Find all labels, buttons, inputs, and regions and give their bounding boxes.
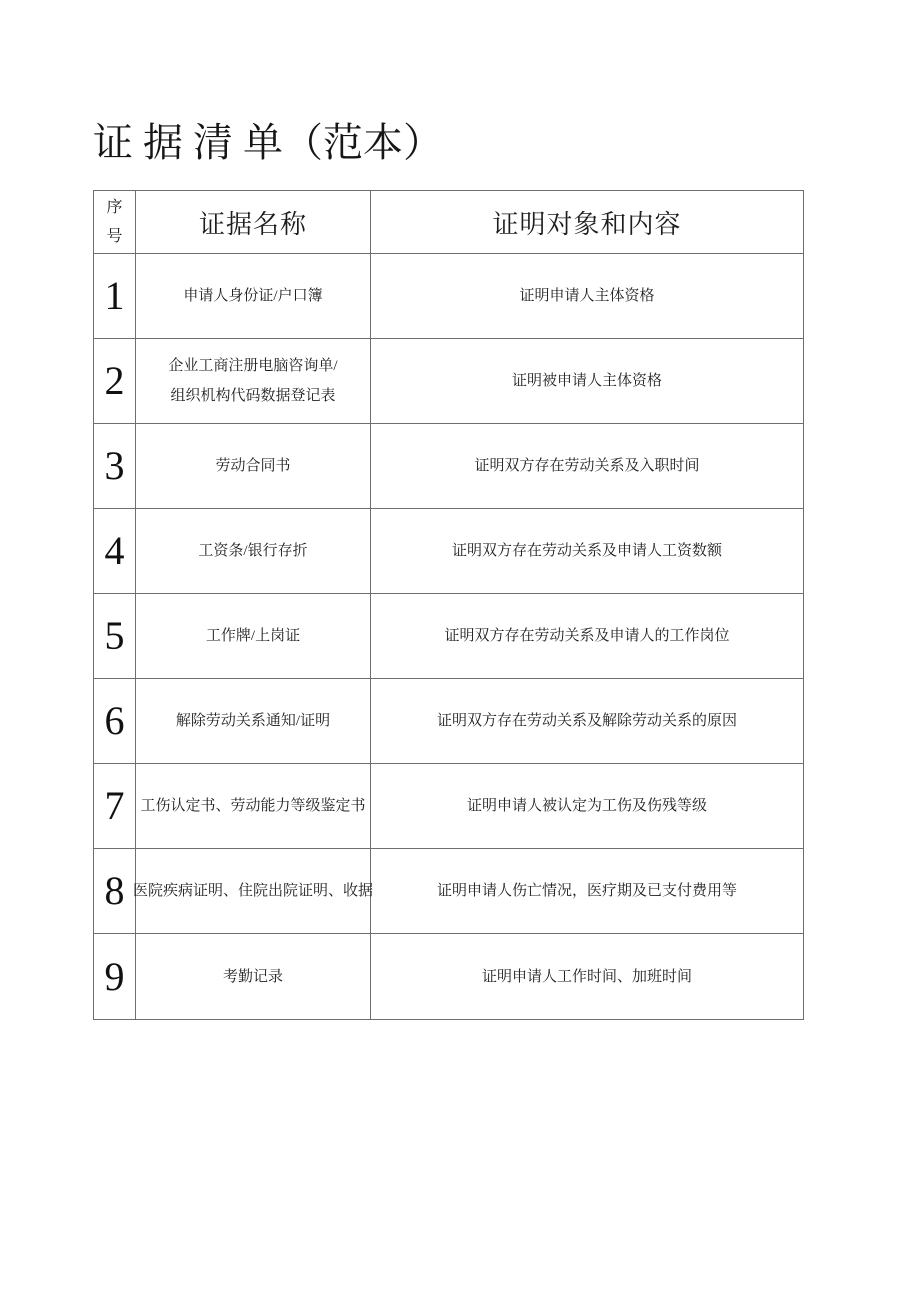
proof-content: 证明双方存在劳动关系及申请人工资数额 xyxy=(452,536,722,566)
cell-evidence-name: 企业工商注册电脑咨询单/ 组织机构代码数据登记表 xyxy=(136,339,371,423)
document-page: 证 据 清 单（范本） 序 号 证据名称 证明对象和内容 1 申请人身份证/户口… xyxy=(0,0,920,1303)
cell-proof-content: 证明双方存在劳动关系及申请人的工作岗位 xyxy=(371,594,803,678)
cell-row-number: 9 xyxy=(94,934,136,1019)
header-cell-proof-content: 证明对象和内容 xyxy=(371,191,803,253)
proof-content: 证明被申请人主体资格 xyxy=(512,366,662,396)
table-row: 3 劳动合同书 证明双方存在劳动关系及入职时间 xyxy=(94,424,803,509)
table-row: 4 工资条/银行存折 证明双方存在劳动关系及申请人工资数额 xyxy=(94,509,803,594)
evidence-name: 工资条/银行存折 xyxy=(198,536,307,566)
cell-proof-content: 证明申请人工作时间、加班时间 xyxy=(371,934,803,1019)
evidence-name: 考勤记录 xyxy=(223,962,283,992)
table-row: 2 企业工商注册电脑咨询单/ 组织机构代码数据登记表 证明被申请人主体资格 xyxy=(94,339,803,424)
page-title: 证 据 清 单（范本） xyxy=(93,121,443,165)
evidence-name: 解除劳动关系通知/证明 xyxy=(176,706,330,736)
cell-evidence-name: 劳动合同书 xyxy=(136,424,371,508)
proof-content: 证明双方存在劳动关系及解除劳动关系的原因 xyxy=(437,706,737,736)
evidence-name: 工作牌/上岗证 xyxy=(206,621,300,651)
evidence-name: 医院疾病证明、住院出院证明、收据 xyxy=(133,876,373,906)
cell-proof-content: 证明双方存在劳动关系及解除劳动关系的原因 xyxy=(371,679,803,763)
evidence-name: 申请人身份证/户口簿 xyxy=(183,281,322,311)
cell-evidence-name: 工伤认定书、劳动能力等级鉴定书 xyxy=(136,764,371,848)
row-number: 9 xyxy=(105,957,125,997)
cell-proof-content: 证明申请人被认定为工伤及伤残等级 xyxy=(371,764,803,848)
cell-row-number: 7 xyxy=(94,764,136,848)
header-cell-index: 序 号 xyxy=(94,191,136,253)
cell-row-number: 4 xyxy=(94,509,136,593)
cell-proof-content: 证明申请人伤亡情况，医疗期及已支付费用等 xyxy=(371,849,803,933)
evidence-name: 企业工商注册电脑咨询单/ 组织机构代码数据登记表 xyxy=(168,351,337,411)
proof-content: 证明申请人伤亡情况，医疗期及已支付费用等 xyxy=(437,876,737,906)
cell-evidence-name: 工资条/银行存折 xyxy=(136,509,371,593)
row-number: 1 xyxy=(105,276,125,316)
cell-proof-content: 证明被申请人主体资格 xyxy=(371,339,803,423)
cell-row-number: 5 xyxy=(94,594,136,678)
table-row: 7 工伤认定书、劳动能力等级鉴定书 证明申请人被认定为工伤及伤残等级 xyxy=(94,764,803,849)
cell-proof-content: 证明双方存在劳动关系及入职时间 xyxy=(371,424,803,508)
evidence-name-line2: 组织机构代码数据登记表 xyxy=(168,381,337,411)
cell-proof-content: 证明申请人主体资格 xyxy=(371,254,803,338)
row-number: 6 xyxy=(105,701,125,741)
proof-content: 证明申请人被认定为工伤及伤残等级 xyxy=(467,791,707,821)
table-header-row: 序 号 证据名称 证明对象和内容 xyxy=(94,191,803,254)
cell-row-number: 1 xyxy=(94,254,136,338)
table-row: 9 考勤记录 证明申请人工作时间、加班时间 xyxy=(94,934,803,1019)
proof-content: 证明双方存在劳动关系及入职时间 xyxy=(474,451,699,481)
cell-evidence-name: 工作牌/上岗证 xyxy=(136,594,371,678)
row-number: 2 xyxy=(105,361,125,401)
table-row: 6 解除劳动关系通知/证明 证明双方存在劳动关系及解除劳动关系的原因 xyxy=(94,679,803,764)
cell-evidence-name: 医院疾病证明、住院出院证明、收据 xyxy=(136,849,371,933)
row-number: 4 xyxy=(105,531,125,571)
cell-row-number: 8 xyxy=(94,849,136,933)
evidence-name-line1: 企业工商注册电脑咨询单/ xyxy=(168,351,337,381)
cell-row-number: 3 xyxy=(94,424,136,508)
cell-proof-content: 证明双方存在劳动关系及申请人工资数额 xyxy=(371,509,803,593)
cell-row-number: 2 xyxy=(94,339,136,423)
header-evidence-name-label: 证据名称 xyxy=(199,204,307,241)
proof-content: 证明申请人主体资格 xyxy=(519,281,654,311)
cell-row-number: 6 xyxy=(94,679,136,763)
evidence-table: 序 号 证据名称 证明对象和内容 1 申请人身份证/户口簿 证明申请人主体资格 xyxy=(93,190,804,1020)
cell-evidence-name: 解除劳动关系通知/证明 xyxy=(136,679,371,763)
header-index-line2: 号 xyxy=(106,229,122,245)
header-index-line1: 序 xyxy=(106,200,122,216)
row-number: 7 xyxy=(105,786,125,826)
table-row: 5 工作牌/上岗证 证明双方存在劳动关系及申请人的工作岗位 xyxy=(94,594,803,679)
header-cell-evidence-name: 证据名称 xyxy=(136,191,371,253)
header-proof-content-label: 证明对象和内容 xyxy=(492,204,681,241)
row-number: 5 xyxy=(105,616,125,656)
proof-content: 证明双方存在劳动关系及申请人的工作岗位 xyxy=(444,621,729,651)
row-number: 3 xyxy=(105,446,125,486)
row-number: 8 xyxy=(105,871,125,911)
cell-evidence-name: 考勤记录 xyxy=(136,934,371,1019)
table-row: 8 医院疾病证明、住院出院证明、收据 证明申请人伤亡情况，医疗期及已支付费用等 xyxy=(94,849,803,934)
cell-evidence-name: 申请人身份证/户口簿 xyxy=(136,254,371,338)
proof-content: 证明申请人工作时间、加班时间 xyxy=(482,962,692,992)
table-row: 1 申请人身份证/户口簿 证明申请人主体资格 xyxy=(94,254,803,339)
evidence-name: 劳动合同书 xyxy=(215,451,290,481)
evidence-name: 工伤认定书、劳动能力等级鉴定书 xyxy=(140,791,365,821)
